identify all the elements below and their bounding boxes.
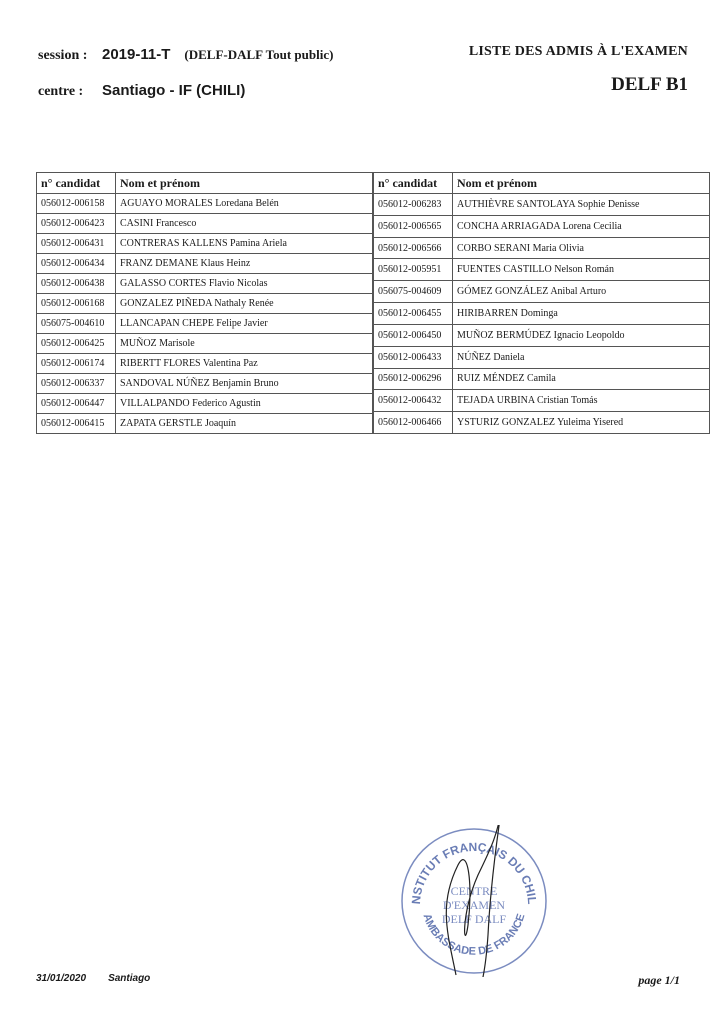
- table-row: 056012-006423CASINI Francesco: [37, 214, 373, 234]
- official-stamp-icon: INSTITUT FRANÇAIS DU CHILI AMBASSADE DE …: [398, 825, 550, 977]
- candidate-name: VILLALPANDO Federico Agustin: [116, 394, 373, 414]
- candidates-table-left: n° candidat Nom et prénom 056012-006158A…: [36, 172, 373, 434]
- candidate-name: MUÑOZ Marisole: [116, 334, 373, 354]
- session-value: 2019-11-T: [102, 46, 170, 63]
- svg-text:DELF DALF: DELF DALF: [442, 912, 507, 926]
- candidate-id: 056012-006158: [37, 194, 116, 214]
- candidate-name: RIBERTT FLORES Valentina Paz: [116, 354, 373, 374]
- column-header-id: n° candidat: [37, 173, 116, 194]
- table-row: 056012-006455HIRIBARREN Dominga: [374, 303, 710, 325]
- admitted-candidates-tables: n° candidat Nom et prénom 056012-006158A…: [36, 172, 710, 434]
- table-row: 056012-006337SANDOVAL NÚÑEZ Benjamin Bru…: [37, 374, 373, 394]
- table-row: 056012-006450MUÑOZ BERMÚDEZ Ignacio Leop…: [374, 324, 710, 346]
- page-number: page 1/1: [638, 973, 680, 988]
- candidate-id: 056012-006447: [37, 394, 116, 414]
- candidate-name: TEJADA URBINA Cristian Tomás: [453, 390, 710, 412]
- exam-level: DELF B1: [469, 74, 688, 96]
- candidate-id: 056012-006450: [374, 324, 453, 346]
- candidate-id: 056075-004609: [374, 281, 453, 303]
- centre-value: Santiago - IF (CHILI): [102, 82, 245, 99]
- candidate-name: ZAPATA GERSTLE Joaquín: [116, 414, 373, 434]
- table-row: 056012-006434FRANZ DEMANE Klaus Heinz: [37, 254, 373, 274]
- candidate-name: NÚÑEZ Daniela: [453, 346, 710, 368]
- candidate-name: AUTHIÈVRE SANTOLAYA Sophie Denisse: [453, 194, 710, 216]
- candidate-name: CASINI Francesco: [116, 214, 373, 234]
- candidate-name: CONTRERAS KALLENS Pamina Ariela: [116, 234, 373, 254]
- candidate-name: GÓMEZ GONZÁLEZ Anibal Arturo: [453, 281, 710, 303]
- column-header-name: Nom et prénom: [116, 173, 373, 194]
- table-row: 056012-006431CONTRERAS KALLENS Pamina Ar…: [37, 234, 373, 254]
- table-row: 056012-006447VILLALPANDO Federico Agusti…: [37, 394, 373, 414]
- candidate-id: 056012-006168: [37, 294, 116, 314]
- candidate-id: 056012-006283: [374, 194, 453, 216]
- table-row: 056012-006296RUIZ MÉNDEZ Camila: [374, 368, 710, 390]
- candidate-id: 056012-006565: [374, 215, 453, 237]
- candidate-id: 056012-005951: [374, 259, 453, 281]
- candidate-id: 056012-006566: [374, 237, 453, 259]
- candidate-id: 056012-006296: [374, 368, 453, 390]
- candidate-name: FRANZ DEMANE Klaus Heinz: [116, 254, 373, 274]
- candidate-id: 056012-006423: [37, 214, 116, 234]
- candidate-name: AGUAYO MORALES Loredana Belén: [116, 194, 373, 214]
- session-info: session : 2019-11-T (DELF-DALF Tout publ…: [38, 46, 333, 118]
- candidate-id: 056012-006431: [37, 234, 116, 254]
- candidate-id: 056012-006438: [37, 274, 116, 294]
- table-row: 056075-004610LLANCAPAN CHEPE Felipe Javi…: [37, 314, 373, 334]
- table-row: 056075-004609GÓMEZ GONZÁLEZ Anibal Artur…: [374, 281, 710, 303]
- list-title: LISTE DES ADMIS À L'EXAMEN: [469, 44, 688, 60]
- candidate-name: RUIZ MÉNDEZ Camila: [453, 368, 710, 390]
- candidate-name: SANDOVAL NÚÑEZ Benjamin Bruno: [116, 374, 373, 394]
- candidate-name: HIRIBARREN Dominga: [453, 303, 710, 325]
- candidate-id: 056012-006337: [37, 374, 116, 394]
- table-row: 056012-006168GONZALEZ PIÑEDA Nathaly Ren…: [37, 294, 373, 314]
- table-row: 056012-006566CORBO SERANI Maria Olivia: [374, 237, 710, 259]
- column-header-id: n° candidat: [374, 173, 453, 194]
- candidate-id: 056012-006455: [374, 303, 453, 325]
- footer-city: Santiago: [108, 973, 150, 984]
- candidate-name: CONCHA ARRIAGADA Lorena Cecilia: [453, 215, 710, 237]
- candidate-name: YSTURIZ GONZALEZ Yuleima Yisered: [453, 412, 710, 434]
- centre-label: centre :: [38, 84, 102, 100]
- table-row: 056012-006158AGUAYO MORALES Loredana Bel…: [37, 194, 373, 214]
- session-type: (DELF-DALF Tout public): [184, 47, 333, 63]
- candidate-name: GALASSO CORTES Flavio Nicolas: [116, 274, 373, 294]
- candidate-id: 056012-006433: [374, 346, 453, 368]
- candidate-id: 056012-006174: [37, 354, 116, 374]
- table-row: 056012-006432TEJADA URBINA Cristian Tomá…: [374, 390, 710, 412]
- document-heading: LISTE DES ADMIS À L'EXAMEN DELF B1: [469, 44, 688, 96]
- candidate-id: 056012-006466: [374, 412, 453, 434]
- table-row: 056012-006565CONCHA ARRIAGADA Lorena Cec…: [374, 215, 710, 237]
- table-row: 056012-005951FUENTES CASTILLO Nelson Rom…: [374, 259, 710, 281]
- svg-text:D'EXAMEN: D'EXAMEN: [443, 898, 505, 912]
- table-row: 056012-006438GALASSO CORTES Flavio Nicol…: [37, 274, 373, 294]
- table-row: 056012-006174RIBERTT FLORES Valentina Pa…: [37, 354, 373, 374]
- candidate-id: 056075-004610: [37, 314, 116, 334]
- candidate-id: 056012-006425: [37, 334, 116, 354]
- candidate-name: FUENTES CASTILLO Nelson Román: [453, 259, 710, 281]
- candidate-id: 056012-006432: [374, 390, 453, 412]
- candidate-name: GONZALEZ PIÑEDA Nathaly Renée: [116, 294, 373, 314]
- candidate-name: CORBO SERANI Maria Olivia: [453, 237, 710, 259]
- table-row: 056012-006425MUÑOZ Marisole: [37, 334, 373, 354]
- candidate-id: 056012-006415: [37, 414, 116, 434]
- table-row: 056012-006433NÚÑEZ Daniela: [374, 346, 710, 368]
- session-label: session :: [38, 48, 102, 64]
- table-row: 056012-006415ZAPATA GERSTLE Joaquín: [37, 414, 373, 434]
- candidate-id: 056012-006434: [37, 254, 116, 274]
- candidates-table-right: n° candidat Nom et prénom 056012-006283A…: [373, 172, 710, 434]
- table-row: 056012-006283AUTHIÈVRE SANTOLAYA Sophie …: [374, 194, 710, 216]
- footer-date: 31/01/2020: [36, 973, 86, 984]
- column-header-name: Nom et prénom: [453, 173, 710, 194]
- candidate-name: LLANCAPAN CHEPE Felipe Javier: [116, 314, 373, 334]
- footer-date-city: 31/01/2020Santiago: [36, 973, 150, 984]
- candidate-name: MUÑOZ BERMÚDEZ Ignacio Leopoldo: [453, 324, 710, 346]
- table-row: 056012-006466YSTURIZ GONZALEZ Yuleima Yi…: [374, 412, 710, 434]
